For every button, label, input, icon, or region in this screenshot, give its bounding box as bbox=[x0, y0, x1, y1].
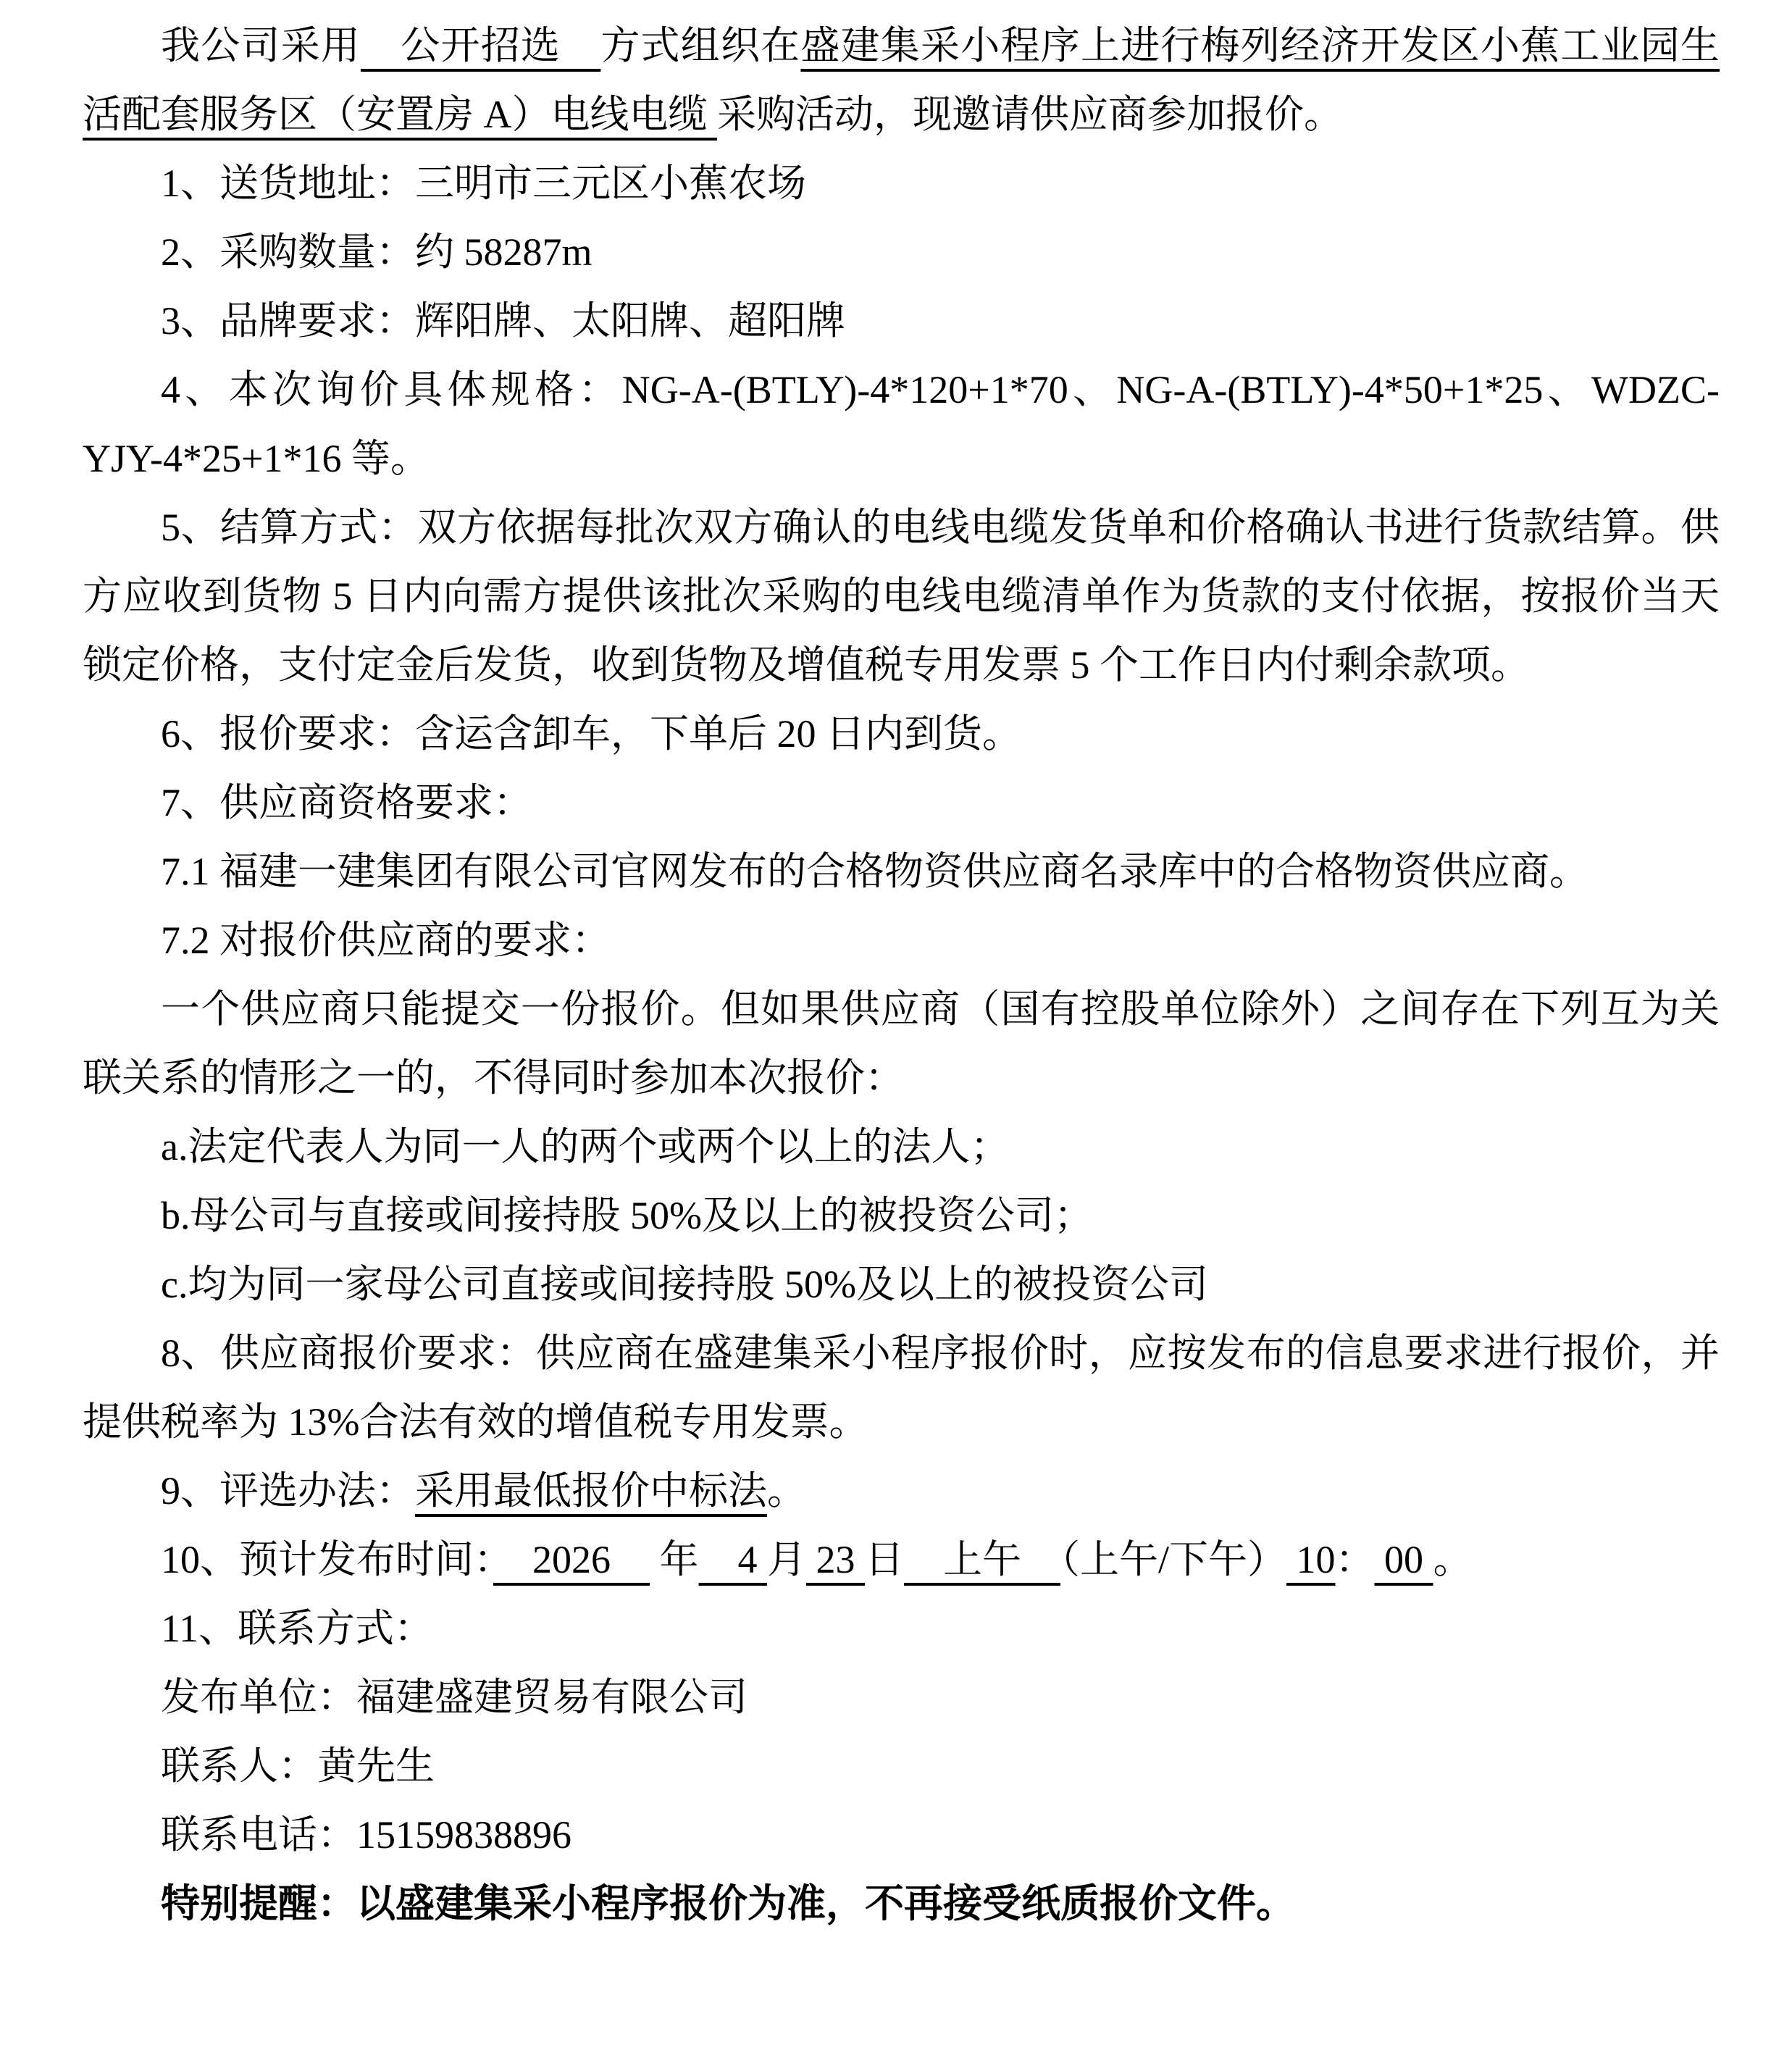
item-7-2-segment-0: 7.2 对报价供应商的要求： bbox=[161, 919, 611, 962]
item-10-publish-time-segment-6: 日 bbox=[865, 1538, 904, 1581]
item-7-2: 7.2 对报价供应商的要求： bbox=[83, 906, 1720, 975]
item-9-evaluation-method-segment-0: 9、评选办法： bbox=[161, 1469, 415, 1513]
item-4-specs: 4、本次询价具体规格：NG-A-(BTLY)-4*120+1*70、NG-A-(… bbox=[83, 356, 1720, 493]
item-9-evaluation-method-segment-2: 。 bbox=[767, 1469, 806, 1513]
item-2-quantity: 2、采购数量：约 58287m bbox=[83, 218, 1720, 287]
publisher-line-segment-0: 发布单位：福建盛建贸易有限公司 bbox=[161, 1676, 748, 1719]
item-11-contact: 11、联系方式： bbox=[83, 1594, 1720, 1663]
intro-paragraph-segment-2: 方式组织在 bbox=[600, 24, 800, 67]
item-6-quote-requirement-segment-0: 6、报价要求：含运含卸车，下单后 20 日内到货。 bbox=[161, 712, 1021, 756]
item-b-segment-0: b.母公司与直接或间接持股 50%及以上的被投资公司； bbox=[161, 1194, 1093, 1237]
item-10-publish-time-segment-7: 上午 bbox=[904, 1538, 1060, 1581]
supplier-relation-rule-segment-0: 一个供应商只能提交一份报价。但如果供应商（国有控股单位除外）之间存在下列互为关联… bbox=[83, 987, 1720, 1100]
item-10-publish-time-segment-2: 年 bbox=[650, 1538, 699, 1581]
intro-paragraph: 我公司采用 公开招选 方式组织在盛建集采小程序上进行梅列经济开发区小蕉工业园生活… bbox=[83, 12, 1720, 149]
contact-phone-line: 联系电话：15159838896 bbox=[83, 1801, 1720, 1870]
item-9-evaluation-method: 9、评选办法：采用最低报价中标法。 bbox=[83, 1457, 1720, 1526]
item-a: a.法定代表人为同一人的两个或两个以上的法人； bbox=[83, 1113, 1720, 1181]
item-10-publish-time-segment-11: 00 bbox=[1375, 1538, 1433, 1581]
item-1-delivery-address-segment-0: 1、送货地址：三明市三元区小蕉农场 bbox=[161, 162, 806, 205]
item-1-delivery-address: 1、送货地址：三明市三元区小蕉农场 bbox=[83, 149, 1720, 218]
item-a-segment-0: a.法定代表人为同一人的两个或两个以上的法人； bbox=[161, 1125, 1009, 1168]
item-7-supplier-qualification-segment-0: 7、供应商资格要求： bbox=[161, 781, 532, 824]
intro-paragraph-segment-4: 采购活动，现邀请供应商参加报价。 bbox=[717, 93, 1343, 136]
special-reminder-line: 特别提醒：以盛建集采小程序报价为准，不再接受纸质报价文件。 bbox=[83, 1870, 1720, 1938]
item-c-segment-0: c.均为同一家母公司直接或间接持股 50%及以上的被投资公司 bbox=[161, 1263, 1208, 1306]
item-b: b.母公司与直接或间接持股 50%及以上的被投资公司； bbox=[83, 1181, 1720, 1250]
special-reminder-line-segment-0: 特别提醒：以盛建集采小程序报价为准，不再接受纸质报价文件。 bbox=[161, 1882, 1295, 1925]
item-7-1-segment-0: 7.1 福建一建集团有限公司官网发布的合格物资供应商名录库中的合格物资供应商。 bbox=[161, 850, 1588, 893]
item-3-brands: 3、品牌要求：辉阳牌、太阳牌、超阳牌 bbox=[83, 287, 1720, 356]
intro-paragraph-segment-0: 我公司采用 bbox=[161, 24, 361, 67]
contact-person-line: 联系人：黄先生 bbox=[83, 1732, 1720, 1801]
item-3-brands-segment-0: 3、品牌要求：辉阳牌、太阳牌、超阳牌 bbox=[161, 299, 845, 343]
item-10-publish-time-segment-4: 月 bbox=[767, 1538, 806, 1581]
item-8-quote-rule: 8、供应商报价要求：供应商在盛建集采小程序报价时，应按发布的信息要求进行报价，并… bbox=[83, 1319, 1720, 1457]
contact-phone-line-segment-0: 联系电话：15159838896 bbox=[161, 1813, 571, 1857]
document-body: 我公司采用 公开招选 方式组织在盛建集采小程序上进行梅列经济开发区小蕉工业园生活… bbox=[83, 12, 1720, 1938]
supplier-relation-rule: 一个供应商只能提交一份报价。但如果供应商（国有控股单位除外）之间存在下列互为关联… bbox=[83, 975, 1720, 1113]
item-10-publish-time-segment-10: ： bbox=[1336, 1538, 1375, 1581]
item-10-publish-time-segment-8: （上午/下午） bbox=[1060, 1538, 1286, 1581]
item-5-settlement-segment-0: 5、结算方式：双方依据每批次双方确认的电线电缆发货单和价格确认书进行货款结算。供… bbox=[83, 506, 1720, 687]
publisher-line: 发布单位：福建盛建贸易有限公司 bbox=[83, 1663, 1720, 1732]
item-10-publish-time-segment-9: 10 bbox=[1286, 1538, 1336, 1581]
item-10-publish-time-segment-5: 23 bbox=[806, 1538, 865, 1581]
item-c: c.均为同一家母公司直接或间接持股 50%及以上的被投资公司 bbox=[83, 1250, 1720, 1319]
item-11-contact-segment-0: 11、联系方式： bbox=[161, 1607, 433, 1650]
item-7-1: 7.1 福建一建集团有限公司官网发布的合格物资供应商名录库中的合格物资供应商。 bbox=[83, 837, 1720, 906]
item-6-quote-requirement: 6、报价要求：含运含卸车，下单后 20 日内到货。 bbox=[83, 700, 1720, 769]
item-7-supplier-qualification: 7、供应商资格要求： bbox=[83, 769, 1720, 837]
intro-paragraph-segment-1: 公开招选 bbox=[361, 24, 600, 67]
item-10-publish-time: 10、预计发布时间： 2026 年 4 月 23 日 上午 （上午/下午） 10… bbox=[83, 1526, 1720, 1594]
contact-person-line-segment-0: 联系人：黄先生 bbox=[161, 1744, 435, 1788]
item-10-publish-time-segment-3: 4 bbox=[699, 1538, 768, 1581]
item-10-publish-time-segment-1: 2026 bbox=[493, 1538, 650, 1581]
item-9-evaluation-method-segment-1: 采用最低报价中标法 bbox=[415, 1469, 767, 1513]
item-8-quote-rule-segment-0: 8、供应商报价要求：供应商在盛建集采小程序报价时，应按发布的信息要求进行报价，并… bbox=[83, 1331, 1720, 1444]
item-4-specs-segment-0: 4、本次询价具体规格：NG-A-(BTLY)-4*120+1*70、NG-A-(… bbox=[83, 368, 1720, 480]
document-page: 我公司采用 公开招选 方式组织在盛建集采小程序上进行梅列经济开发区小蕉工业园生活… bbox=[0, 0, 1792, 2058]
item-10-publish-time-segment-0: 10、预计发布时间： bbox=[161, 1538, 493, 1581]
item-5-settlement: 5、结算方式：双方依据每批次双方确认的电线电缆发货单和价格确认书进行货款结算。供… bbox=[83, 493, 1720, 700]
item-10-publish-time-segment-12: 。 bbox=[1433, 1538, 1473, 1581]
item-2-quantity-segment-0: 2、采购数量：约 58287m bbox=[161, 230, 593, 274]
